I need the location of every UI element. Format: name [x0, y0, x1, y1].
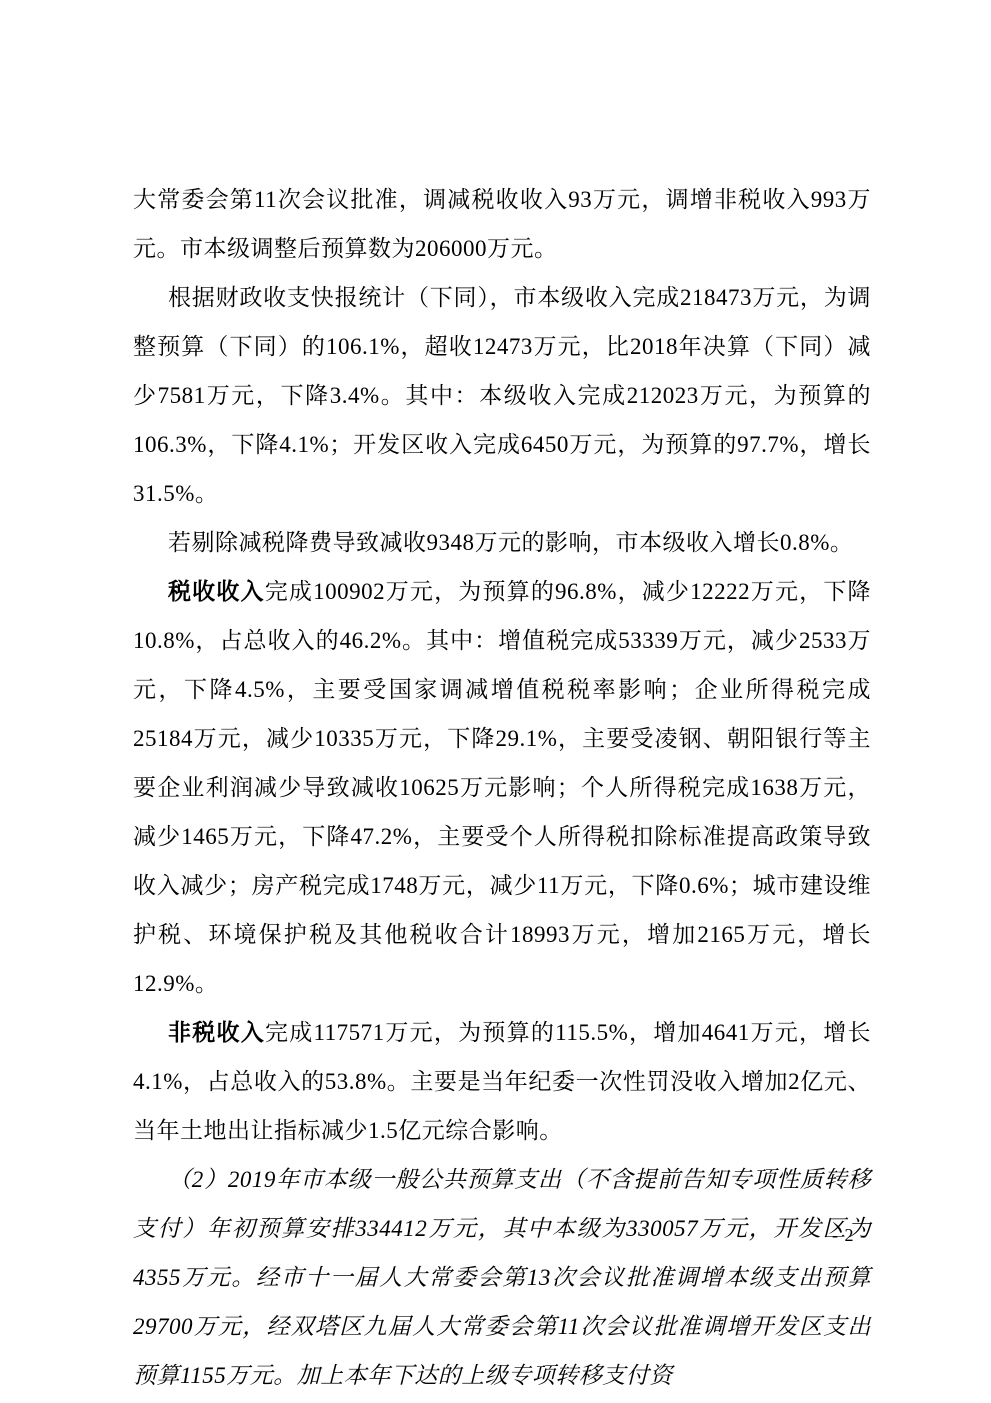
document-body: 大常委会第11次会议批准，调减税收收入93万元，调增非税收入993万元。市本级调… — [133, 175, 871, 1400]
paragraph: （2）2019年市本级一般公共预算支出（不含提前告知专项性质转移支付）年初预算安… — [133, 1155, 871, 1400]
paragraph: 根据财政收支快报统计（下同），市本级收入完成218473万元，为调整预算（下同）… — [133, 273, 871, 518]
paragraph: 税收收入完成100902万元，为预算的96.8%，减少12222万元，下降10.… — [133, 567, 871, 1008]
page-number: - 2 - — [832, 1224, 867, 1246]
paragraph: 大常委会第11次会议批准，调减税收收入93万元，调增非税收入993万元。市本级调… — [133, 175, 871, 273]
paragraph: 若剔除减税降费导致减收9348万元的影响，市本级收入增长0.8%。 — [133, 518, 871, 567]
text-run: 大常委会第11次会议批准，调减税收收入93万元，调增非税收入993万元。市本级调… — [133, 187, 871, 261]
paragraph: 非税收入完成117571万元，为预算的115.5%，增加4641万元，增长4.1… — [133, 1008, 871, 1155]
text-run: （2）2019年市本级一般公共预算支出（不含提前告知专项性质转移支付）年初预算安… — [133, 1167, 871, 1388]
text-run: 若剔除减税降费导致减收9348万元的影响，市本级收入增长0.8%。 — [168, 530, 853, 555]
text-run: 根据财政收支快报统计（下同），市本级收入完成218473万元，为调整预算（下同）… — [133, 285, 871, 506]
document-page: 大常委会第11次会议批准，调减税收收入93万元，调增非税收入993万元。市本级调… — [0, 0, 991, 1403]
bold-text-run: 非税收入 — [168, 1020, 265, 1045]
bold-text-run: 税收收入 — [168, 579, 265, 604]
text-run: 完成100902万元，为预算的96.8%，减少12222万元，下降10.8%，占… — [133, 579, 871, 996]
